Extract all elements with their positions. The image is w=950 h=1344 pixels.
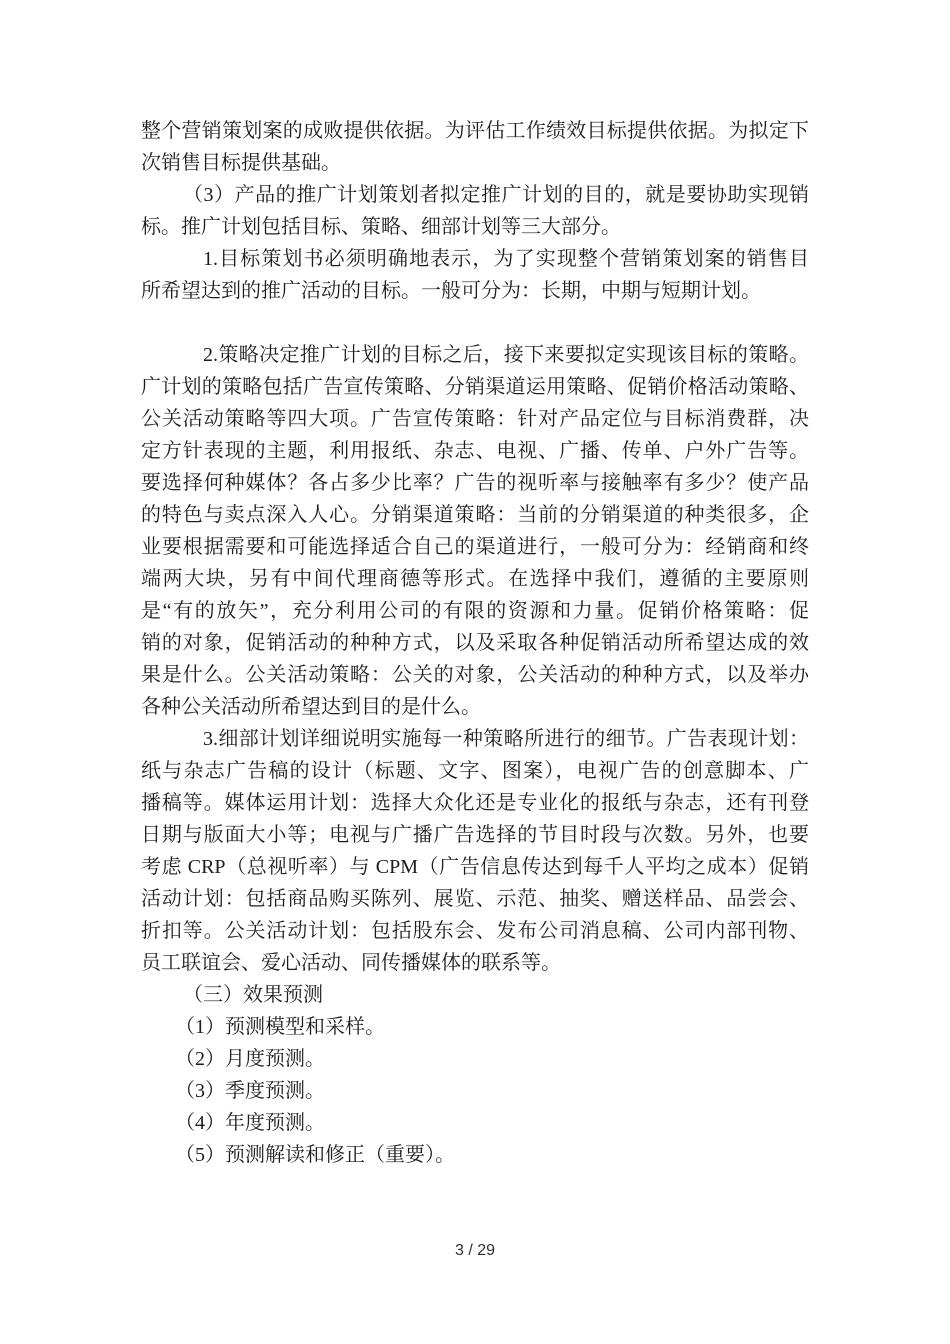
text-line: （3）季度预测。 xyxy=(141,1075,809,1107)
text-line: 端两大块，另有中间代理商德等形式。在选择中我们，遵循的主要原则 xyxy=(141,563,809,595)
text-line: 果是什么。公关活动策略：公关的对象，公关活动的种种方式，以及举办 xyxy=(141,659,809,691)
page-footer: 3 / 29 xyxy=(0,1242,950,1260)
text-line: （3）产品的推广计划策划者拟定推广计划的目的，就是要协助实现销售目 xyxy=(141,179,809,211)
text-line: （5）预测解读和修正（重要）。 xyxy=(141,1139,809,1171)
text-line: 考虑 CRP（总视听率）与 CPM（广告信息传达到每千人平均之成本）促销 xyxy=(141,851,809,883)
text-line: 是“有的放矢”，充分利用公司的有限的资源和力量。促销价格策略：促 xyxy=(141,595,809,627)
text-line: 各种公关活动所希望达到目的是什么。 xyxy=(141,691,809,723)
text-line: 要选择何种媒体？各占多少比率？广告的视听率与接触率有多少？使产品 xyxy=(141,467,809,499)
text-line: 员工联谊会、爱心活动、同传播媒体的联系等。 xyxy=(141,947,809,979)
text-line: 广计划的策略包括广告宣传策略、分销渠道运用策略、促销价格活动策略、 xyxy=(141,371,809,403)
page-number: 3 / 29 xyxy=(455,1242,495,1259)
text-line: 标。推广计划包括目标、策略、细部计划等三大部分。 xyxy=(141,211,809,243)
text-line: （2）月度预测。 xyxy=(141,1043,809,1075)
text-line: 业要根据需要和可能选择适合自己的渠道进行，一般可分为：经销商和终 xyxy=(141,531,809,563)
text-line: （1）预测模型和采样。 xyxy=(141,1011,809,1043)
text-line: 公关活动策略等四大项。广告宣传策略：针对产品定位与目标消费群，决 xyxy=(141,403,809,435)
text-line: 活动计划：包括商品购买陈列、展览、示范、抽奖、赠送样品、品尝会、 xyxy=(141,883,809,915)
document-body: 整个营销策划案的成败提供依据。为评估工作绩效目标提供依据。为拟定下一次销售目标提… xyxy=(141,115,809,1171)
text-line: 播稿等。媒体运用计划：选择大众化还是专业化的报纸与杂志，还有刊登 xyxy=(141,787,809,819)
text-line: （4）年度预测。 xyxy=(141,1107,809,1139)
text-line: 纸与杂志广告稿的设计（标题、文字、图案），电视广告的创意脚本、广 xyxy=(141,755,809,787)
text-line: （三）效果预测 xyxy=(141,979,809,1011)
text-line: 折扣等。公关活动计划：包括股东会、发布公司消息稿、公司内部刊物、 xyxy=(141,915,809,947)
text-line: 3.细部计划详细说明实施每一种策略所进行的细节。广告表现计划：报 xyxy=(141,723,809,755)
text-line: 所希望达到的推广活动的目标。一般可分为：长期，中期与短期计划。 xyxy=(141,275,809,307)
text-line: 的特色与卖点深入人心。分销渠道策略：当前的分销渠道的种类很多，企 xyxy=(141,499,809,531)
text-line: 次销售目标提供基础。 xyxy=(141,147,809,179)
text-line: 日期与版面大小等；电视与广播广告选择的节目时段与次数。另外，也要 xyxy=(141,819,809,851)
document-page: 整个营销策划案的成败提供依据。为评估工作绩效目标提供依据。为拟定下一次销售目标提… xyxy=(0,0,950,1344)
blank-line xyxy=(141,307,809,339)
text-line: 2.策略决定推广计划的目标之后，接下来要拟定实现该目标的策略。推 xyxy=(141,339,809,371)
text-line: 1.目标策划书必须明确地表示，为了实现整个营销策划案的销售目标， xyxy=(141,243,809,275)
text-line: 定方针表现的主题，利用报纸、杂志、电视、广播、传单、户外广告等。 xyxy=(141,435,809,467)
text-line: 整个营销策划案的成败提供依据。为评估工作绩效目标提供依据。为拟定下一 xyxy=(141,115,809,147)
text-line: 销的对象，促销活动的种种方式，以及采取各种促销活动所希望达成的效 xyxy=(141,627,809,659)
